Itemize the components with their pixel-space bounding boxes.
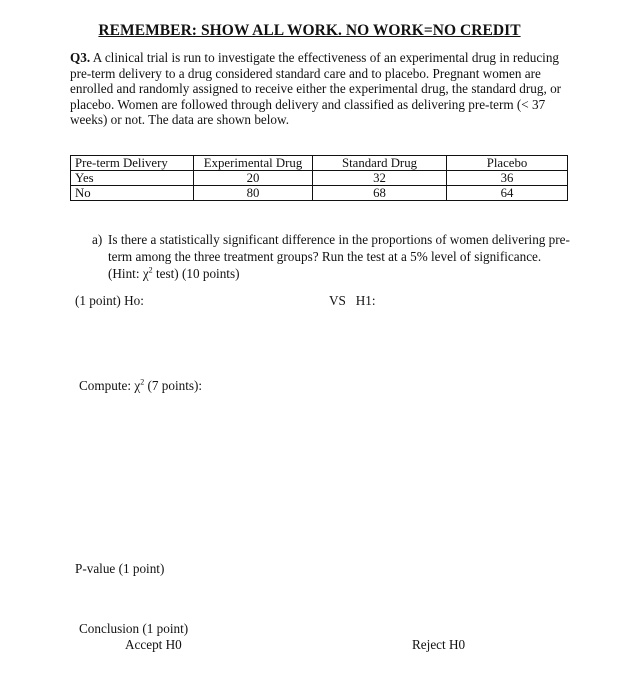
pvalue-label: P-value (1 point) [75, 561, 164, 577]
data-table: Pre-term Delivery Experimental Drug Stan… [70, 155, 568, 201]
table-header: Experimental Drug [194, 156, 313, 171]
table-header: Pre-term Delivery [71, 156, 194, 171]
table-cell: No [71, 186, 194, 201]
ho-label: (1 point) Ho: [75, 293, 144, 309]
table-header-row: Pre-term Delivery Experimental Drug Stan… [71, 156, 568, 171]
page-title: REMEMBER: SHOW ALL WORK. NO WORK=NO CRED… [0, 22, 619, 40]
question-number: Q3. [70, 50, 90, 65]
reject-h0-option: Reject H0 [412, 637, 465, 653]
compute-label: Compute: χ2 (7 points): [79, 378, 202, 394]
table-row: No 80 68 64 [71, 186, 568, 201]
table-row: Yes 20 32 36 [71, 171, 568, 186]
table-header: Placebo [447, 156, 568, 171]
question-body: A clinical trial is run to investigate t… [70, 50, 561, 127]
conclusion-label: Conclusion (1 point) [79, 621, 188, 637]
part-a-text-end: test) (10 points) [153, 266, 240, 281]
table-cell: 36 [447, 171, 568, 186]
h1-label: VS H1: [329, 293, 376, 309]
part-a-question: a) Is there a statistically significant … [92, 231, 572, 282]
part-a-label: a) [92, 231, 102, 248]
accept-h0-option: Accept H0 [125, 637, 182, 653]
table-cell: Yes [71, 171, 194, 186]
question-text: Q3. A clinical trial is run to investiga… [70, 50, 565, 128]
table-header: Standard Drug [313, 156, 447, 171]
table-cell: 68 [313, 186, 447, 201]
table-cell: 20 [194, 171, 313, 186]
table-cell: 64 [447, 186, 568, 201]
table-cell: 80 [194, 186, 313, 201]
table-cell: 32 [313, 171, 447, 186]
